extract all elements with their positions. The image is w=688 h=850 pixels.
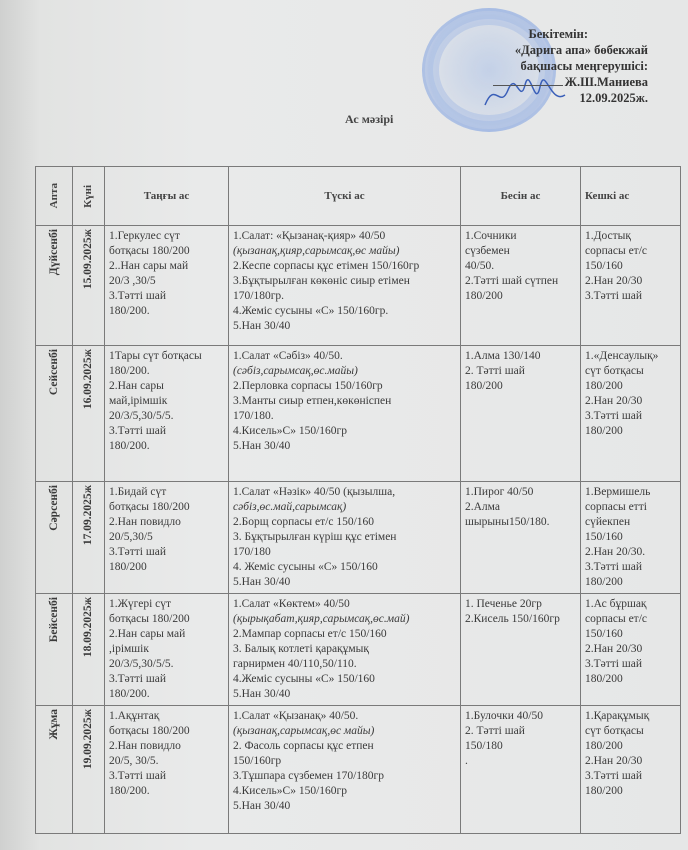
menu-item: (қырықабат,қияр,сарымсақ,өс.май) — [233, 612, 456, 627]
approval-position: бақшасы меңгерушісі: — [493, 58, 648, 74]
date-cell: 19.09.2025ж — [73, 706, 105, 834]
menu-item: ботқасы 180/200 — [109, 500, 224, 515]
menu-item: ботқасы 180/200 — [109, 244, 224, 259]
menu-item: 5.Нан 30/40 — [233, 799, 456, 814]
menu-item: сорпасы ет/с — [585, 612, 676, 627]
menu-item: 1. Печенье 20гр — [465, 597, 576, 612]
menu-item: 2.Нан повидло — [109, 739, 224, 754]
menu-item: 2.Кеспе сорпасы құс етімен 150/160гр — [233, 259, 456, 274]
header-week: Апта — [36, 167, 73, 226]
menu-item: 4.Кисель»С» 150/160гр — [233, 784, 456, 799]
menu-item: 20/5, 30/5. — [109, 754, 224, 769]
menu-item: 2.Нан 20/30 — [585, 642, 676, 657]
header-snack: Бесін ас — [461, 167, 581, 226]
menu-item: 1.Салат «Сәбіз» 40/50. — [233, 349, 456, 364]
menu-item: ,ірімшік — [109, 642, 224, 657]
breakfast-cell: 1.Ақұнтақботқасы 180/2002.Нан повидло20/… — [105, 706, 229, 834]
menu-item: 3.Тәтті шай — [109, 424, 224, 439]
menu-item: (қызанақ,қияр,сарымсақ,өс майы) — [233, 244, 456, 259]
header-dinner: Кешкі ас — [581, 167, 681, 226]
approval-block: Бекітемін: «Дарига апа» бөбекжай бақшасы… — [493, 26, 648, 106]
menu-item: гарнирмен 40/110,50/110. — [233, 657, 456, 672]
menu-item: шырыны150/180. — [465, 515, 576, 530]
menu-item: ботқасы 180/200 — [109, 724, 224, 739]
menu-item: 150/160гр — [233, 754, 456, 769]
table-row: Сәрсенбі17.09.2025ж1.Бидай сүтботқасы 18… — [36, 482, 681, 594]
menu-item: 3. Балық котлеті қарақұмық — [233, 642, 456, 657]
menu-item: 1.Булочки 40/50 — [465, 709, 576, 724]
menu-item: 150/160 — [585, 259, 676, 274]
lunch-cell: 1.Салат «Сәбіз» 40/50.(сәбіз,сарымсақ,өс… — [229, 346, 461, 482]
lunch-cell: 1.Салат: «Қызанақ-қияр» 40/50(қызанақ,қи… — [229, 226, 461, 346]
menu-item: май,ірімшік — [109, 394, 224, 409]
menu-item: 1.Вермишель — [585, 485, 676, 500]
menu-item: 1.Қарақұмық — [585, 709, 676, 724]
menu-item: 20/5,30/5 — [109, 530, 224, 545]
lunch-cell: 1.Салат «Көктем» 40/50(қырықабат,қияр,са… — [229, 594, 461, 706]
menu-item: 2. Фасоль сорпасы құс етпен — [233, 739, 456, 754]
snack-cell: 1.Булочки 40/502. Тәтті шай150/180. — [461, 706, 581, 834]
breakfast-cell: 1Тары сүт ботқасы180/200.2.Нан сарымай,і… — [105, 346, 229, 482]
menu-item: 2. Тәтті шай — [465, 364, 576, 379]
menu-item: 1.Пирог 40/50 — [465, 485, 576, 500]
menu-item: 5.Нан 30/40 — [233, 319, 456, 334]
menu-item: сүт ботқасы — [585, 364, 676, 379]
menu-item: 180/200 — [465, 379, 576, 394]
menu-item: 2.Нан 20/30 — [585, 394, 676, 409]
menu-item: 3.Тәтті шай — [109, 545, 224, 560]
menu-item: 150/160 — [585, 627, 676, 642]
weekday-cell: Сәрсенбі — [36, 482, 73, 594]
date-cell: 15.09.2025ж — [73, 226, 105, 346]
snack-cell: 1. Печенье 20гр2.Кисель 150/160гр — [461, 594, 581, 706]
menu-item: 150/160 — [585, 530, 676, 545]
approval-date: 12.09.2025ж. — [493, 90, 648, 106]
menu-item: 1.Геркулес сүт — [109, 229, 224, 244]
menu-item: 2.Кисель 150/160гр — [465, 612, 576, 627]
menu-item: 1Тары сүт ботқасы — [109, 349, 224, 364]
menu-item: 2.Мампар сорпасы ет/с 150/160 — [233, 627, 456, 642]
menu-item: 3. Бұқтырылған күріш құс етімен — [233, 530, 456, 545]
menu-item: 170/180гр. — [233, 289, 456, 304]
menu-item: 1.Бидай сүт — [109, 485, 224, 500]
header-date: Күні — [73, 167, 105, 226]
menu-item: сүзбемен — [465, 244, 576, 259]
date-cell: 16.09.2025ж — [73, 346, 105, 482]
menu-item: 180/200 — [585, 575, 676, 590]
menu-item: 150/180 — [465, 739, 576, 754]
menu-item: 1.Ас бұршақ — [585, 597, 676, 612]
menu-item: 3.Манты сиыр етпен,көкөніспен — [233, 394, 456, 409]
menu-item: сорпасы ет/с — [585, 244, 676, 259]
menu-item: 180/200 — [585, 784, 676, 799]
menu-item: 3.Тәтті шай — [585, 289, 676, 304]
menu-item: (қызанақ,сарымсақ,өс майы) — [233, 724, 456, 739]
dinner-cell: 1.Ас бұршақсорпасы ет/с150/1602.Нан 20/3… — [581, 594, 681, 706]
menu-item: 40/50. — [465, 259, 576, 274]
menu-item: 1.«Денсаулық» — [585, 349, 676, 364]
menu-item: 180/200 — [585, 379, 676, 394]
menu-item: 4. Жеміс сусыны «С» 150/160 — [233, 560, 456, 575]
menu-item: 20/3/5,30/5/5. — [109, 409, 224, 424]
menu-item: 2. Тәтті шай — [465, 724, 576, 739]
menu-item: 3.Тәтті шай — [109, 672, 224, 687]
breakfast-cell: 1.Жүгері сүтботқасы 180/2002.Нан сары ма… — [105, 594, 229, 706]
menu-item: 180/200 — [465, 289, 576, 304]
menu-item: 1.Салат «Қызанақ» 40/50. — [233, 709, 456, 724]
menu-item: ботқасы 180/200 — [109, 612, 224, 627]
dinner-cell: 1.Вермишельсорпасы еттісүйекпен150/1602.… — [581, 482, 681, 594]
table-row: Жұма19.09.2025ж1.Ақұнтақботқасы 180/2002… — [36, 706, 681, 834]
menu-item: 2.Борщ сорпасы ет/с 150/160 — [233, 515, 456, 530]
menu-item: 180/200. — [109, 439, 224, 454]
breakfast-cell: 1.Бидай сүтботқасы 180/2002.Нан повидло2… — [105, 482, 229, 594]
menu-item: сәбіз,өс.май,сарымсақ) — [233, 500, 456, 515]
menu-item: сорпасы етті — [585, 500, 676, 515]
header-breakfast: Таңғы ас — [105, 167, 229, 226]
menu-item: 180/200 — [109, 560, 224, 575]
approval-org: «Дарига апа» бөбекжай — [493, 42, 648, 58]
menu-item: 1.Салат: «Қызанақ-қияр» 40/50 — [233, 229, 456, 244]
dinner-cell: 1.Достықсорпасы ет/с150/1602.Нан 20/303.… — [581, 226, 681, 346]
menu-item: 4.Кисель»С» 150/160гр — [233, 424, 456, 439]
menu-item: 4.Жеміс сусыны «С» 150/160гр. — [233, 304, 456, 319]
menu-item: 3.Тәтті шай — [109, 289, 224, 304]
menu-item: 3.Тәтті шай — [585, 769, 676, 784]
menu-item: 180/200. — [109, 364, 224, 379]
page-title: Ас мәзірі — [345, 112, 393, 127]
menu-item: 180/200 — [585, 672, 676, 687]
weekday-cell: Сейсенбі — [36, 346, 73, 482]
menu-item: 2.Нан сары май — [109, 627, 224, 642]
lunch-cell: 1.Салат «Қызанақ» 40/50.(қызанақ,сарымса… — [229, 706, 461, 834]
snack-cell: 1.Алма 130/1402. Тәтті шай180/200 — [461, 346, 581, 482]
menu-item: 180/200. — [109, 784, 224, 799]
menu-item: 1.Жүгері сүт — [109, 597, 224, 612]
menu-item: 180/200. — [109, 687, 224, 702]
menu-item: 3.Тәтті шай — [109, 769, 224, 784]
menu-item: 170/180 — [233, 545, 456, 560]
weekday-cell: Дүйсенбі — [36, 226, 73, 346]
menu-item: 180/200. — [109, 304, 224, 319]
menu-table: Апта Күні Таңғы ас Түскі ас Бесін ас Кеш… — [35, 166, 681, 834]
menu-item: сүйекпен — [585, 515, 676, 530]
menu-item: 3.Бұқтырылған көкөніс сиыр етімен — [233, 274, 456, 289]
menu-item: 1.Салат «Көктем» 40/50 — [233, 597, 456, 612]
menu-item: 2.Алма — [465, 500, 576, 515]
date-cell: 17.09.2025ж — [73, 482, 105, 594]
menu-item: (сәбіз,сарымсақ,өс.майы) — [233, 364, 456, 379]
menu-item: 2.Перловка сорпасы 150/160гр — [233, 379, 456, 394]
menu-item: 2.Нан 20/30 — [585, 754, 676, 769]
menu-item: сүт ботқасы — [585, 724, 676, 739]
dinner-cell: 1.«Денсаулық»сүт ботқасы180/2002.Нан 20/… — [581, 346, 681, 482]
table-row: Сейсенбі16.09.2025ж1Тары сүт ботқасы180/… — [36, 346, 681, 482]
header-lunch: Түскі ас — [229, 167, 461, 226]
menu-item: 180/200 — [585, 424, 676, 439]
menu-item: 5.Нан 30/40 — [233, 575, 456, 590]
menu-item: 2.Нан сары — [109, 379, 224, 394]
menu-item: . — [465, 754, 576, 769]
table-header-row: Апта Күні Таңғы ас Түскі ас Бесін ас Кеш… — [36, 167, 681, 226]
menu-item: 180/200 — [585, 739, 676, 754]
table-row: Бейсенбі18.09.2025ж1.Жүгері сүтботқасы 1… — [36, 594, 681, 706]
menu-item: 1.Салат «Нәзік» 40/50 (қызылша, — [233, 485, 456, 500]
approval-name: Ж.Ш.Маниева — [565, 75, 648, 89]
menu-item: 5.Нан 30/40 — [233, 687, 456, 702]
menu-item: 4.Жеміс сусыны «С» 150/160 — [233, 672, 456, 687]
menu-item: 5.Нан 30/40 — [233, 439, 456, 454]
menu-item: 2.Тәтті шай сүтпен — [465, 274, 576, 289]
approval-heading: Бекітемін: — [493, 26, 648, 42]
menu-item: 2.Нан 20/30 — [585, 274, 676, 289]
menu-item: 1.Достық — [585, 229, 676, 244]
snack-cell: 1.Пирог 40/502.Алмашырыны150/180. — [461, 482, 581, 594]
breakfast-cell: 1.Геркулес сүтботқасы 180/2002..Нан сары… — [105, 226, 229, 346]
menu-item: 3.Тәтті шай — [585, 560, 676, 575]
menu-item: 170/180. — [233, 409, 456, 424]
signature-line — [493, 85, 563, 86]
menu-item: 2.Нан повидло — [109, 515, 224, 530]
menu-item: 3.Тұшпара сүзбемен 170/180гр — [233, 769, 456, 784]
menu-item: 1.Ақұнтақ — [109, 709, 224, 724]
dinner-cell: 1.Қарақұмықсүт ботқасы180/2002.Нан 20/30… — [581, 706, 681, 834]
menu-item: 1.Алма 130/140 — [465, 349, 576, 364]
menu-item: 20/3/5,30/5/5. — [109, 657, 224, 672]
menu-item: 3.Тәтті шай — [585, 409, 676, 424]
menu-item: 1.Сочники — [465, 229, 576, 244]
lunch-cell: 1.Салат «Нәзік» 40/50 (қызылша,сәбіз,өс.… — [229, 482, 461, 594]
menu-item: 3.Тәтті шай — [585, 657, 676, 672]
snack-cell: 1.Сочникисүзбемен40/50.2.Тәтті шай сүтпе… — [461, 226, 581, 346]
menu-item: 2..Нан сары май — [109, 259, 224, 274]
date-cell: 18.09.2025ж — [73, 594, 105, 706]
table-row: Дүйсенбі15.09.2025ж1.Геркулес сүтботқасы… — [36, 226, 681, 346]
menu-item: 20/3 ,30/5 — [109, 274, 224, 289]
menu-item: 2.Нан 20/30. — [585, 545, 676, 560]
weekday-cell: Бейсенбі — [36, 594, 73, 706]
weekday-cell: Жұма — [36, 706, 73, 834]
